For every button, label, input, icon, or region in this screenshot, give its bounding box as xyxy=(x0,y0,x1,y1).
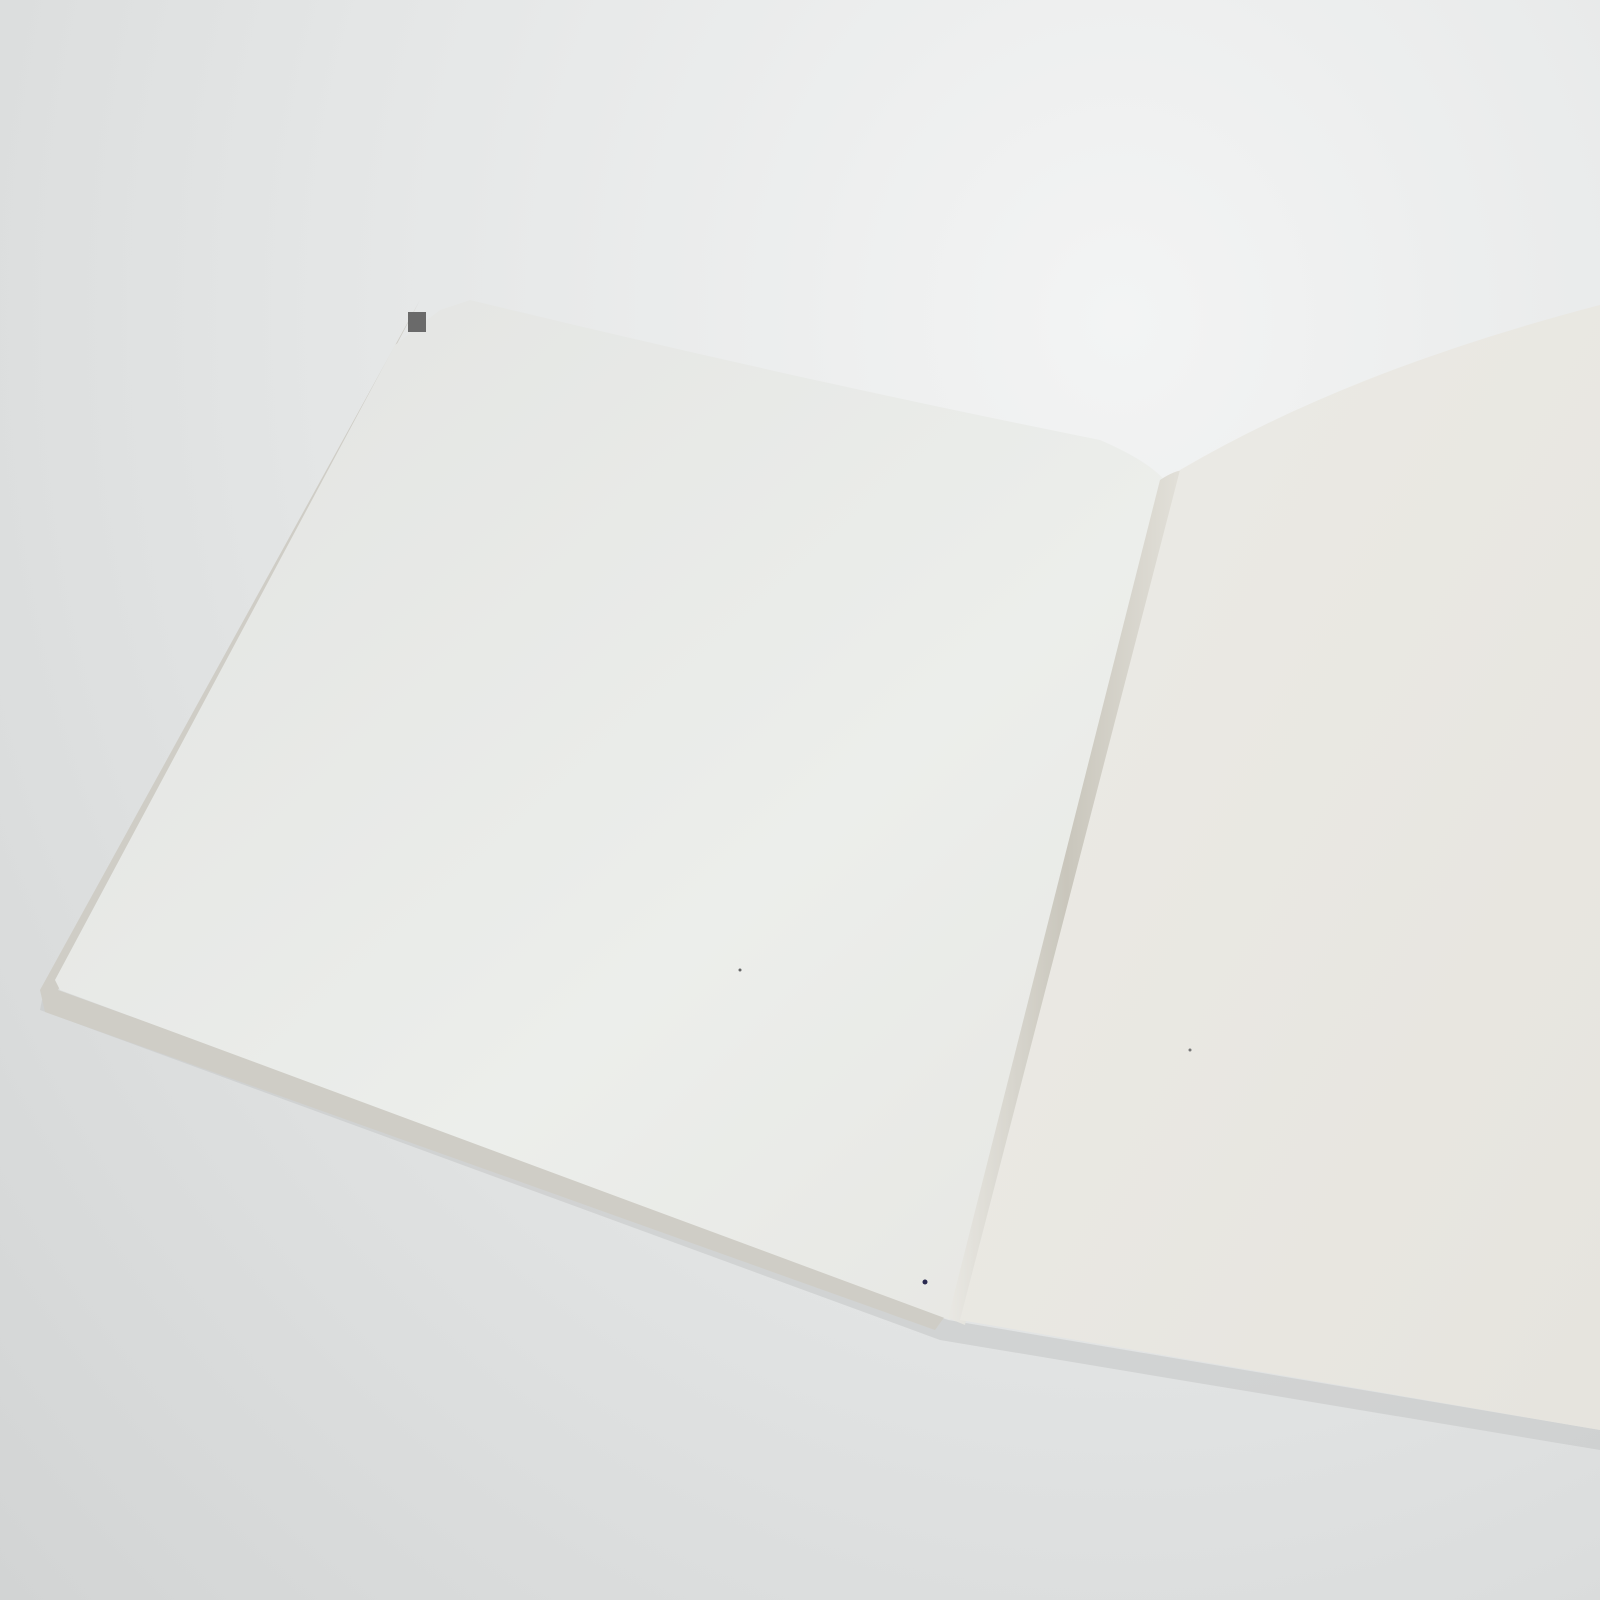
speck xyxy=(739,969,742,972)
photo-scene: Open book with blank pages lying on a wh… xyxy=(0,0,1600,1600)
corner-tab xyxy=(408,312,426,332)
speck xyxy=(1189,1049,1192,1052)
ink-speck xyxy=(923,1280,928,1285)
open-book xyxy=(0,0,1600,1600)
